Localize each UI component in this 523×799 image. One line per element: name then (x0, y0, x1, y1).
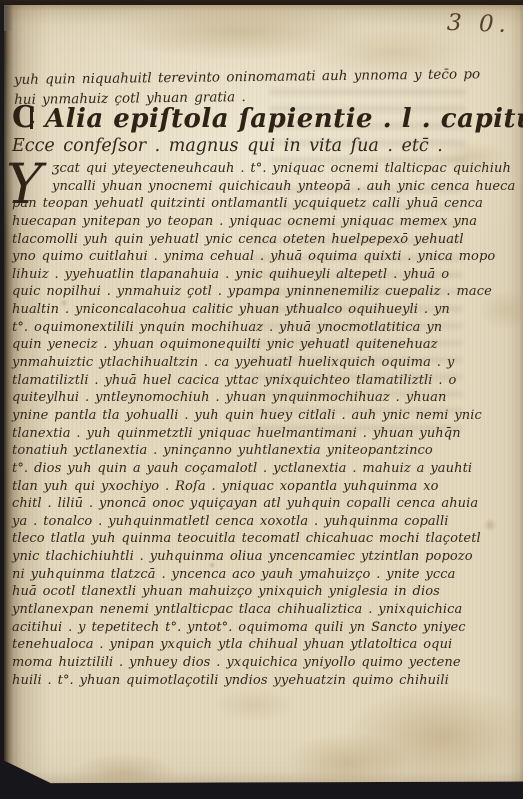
body-line: quic nopilhui . ynmahuiz çotl . ypampa y… (12, 283, 472, 301)
body-line: ni yuhquinma tlatzcā . yncenca aco yauh … (12, 566, 472, 584)
body-line: yncalli yhuan ynocnemi quichicauh ynteop… (12, 178, 472, 196)
folio-number: 3 0. (447, 10, 512, 38)
body-line: tenehualoca . ynipan yxquich ytla chihua… (12, 636, 472, 654)
body-line: tlamatiliztli . yhuā huel cacica yttac y… (12, 372, 472, 390)
body-line: pan teopan yehuatl quitzinti ontlamantli… (12, 195, 472, 213)
body-line: ʒcat qui yteyecteneuhcauh . t°. yniquac … (12, 160, 472, 178)
body-line: ya . tonalco . yuhquinmatletl cenca xoxo… (12, 513, 472, 531)
body-line: tlacomolli yuh quin yehuatl ynic cenca o… (12, 231, 472, 249)
body-line: hualtin . yniconcalacohua calitic yhuan … (12, 301, 472, 319)
chapter-heading-title: Alia epiſtola ſapientie . l . capitu . (45, 104, 523, 134)
chapter-heading: C Alia epiſtola ſapientie . l . capitu . (12, 103, 523, 134)
capitulum-mark-icon: C (12, 103, 36, 133)
incipit-line: Ecce confeſsor . magnus qui in vita ſua … (12, 136, 443, 156)
body-line: huili . t°. yhuan quimotlaçotili yndios … (12, 672, 472, 690)
body-text: ʒcat qui yteyecteneuhcauh . t°. yniquac … (12, 160, 472, 689)
body-line: ynine pantla tla yohualli . yuh quin hue… (12, 407, 472, 425)
body-line: chitl . liliū . ynoncā onoc yquiçayan at… (12, 495, 472, 513)
body-line: ynmahuiztic ytlachihualtzin . ca yyehuat… (12, 354, 472, 372)
body-line: tlan yuh qui yxochiyo . Roſa . yniquac x… (12, 478, 472, 496)
body-line: tlanextia . yuh quinmetztli yniquac huel… (12, 425, 472, 443)
manuscript-scan: 3 0. yuh quin niquahuitl terevinto onino… (0, 0, 523, 799)
body-line: yntlanexpan nenemi yntlalticpac tlaca ch… (12, 601, 472, 619)
page-corner-nick (4, 5, 13, 31)
body-line: huā ocotl tlanextli yhuan mahuizço ynixq… (12, 583, 472, 601)
body-line: quiteylhui . yntleynomochiuh . yhuan ynq… (12, 389, 472, 407)
body-line: ynic tlachichiuhtli . yuhquinma oliua yn… (12, 548, 472, 566)
body-line: quin yeneciz . yhuan oquimonequilti ynic… (12, 336, 472, 354)
body-line: huecapan ynitepan yo teopan . yniquac oc… (12, 213, 472, 231)
body-line: moma huiztilili . ynhuey dios . yxquichi… (12, 654, 472, 672)
body-line: t°. dios yuh quin a yauh coçamalotl . yc… (12, 460, 472, 478)
body-line: acitihui . y tepetitech t°. yntot°. oqui… (12, 619, 472, 637)
body-line: lihuiz . yyehuatlin tlapanahuia . ynic q… (12, 266, 472, 284)
body-line: t°. oquimonextilili ynquin mochihuaz . y… (12, 319, 472, 337)
body-line: yno quimo cuitlahui . ynima cehual . yhu… (12, 248, 472, 266)
body-line: tleco tlatla yuh quinma teocuitla tecoma… (12, 530, 472, 548)
body-line: tonatiuh yctlanextia . yninçanno yuhtlan… (12, 442, 472, 460)
manuscript-page: 3 0. yuh quin niquahuitl terevinto onino… (4, 5, 523, 787)
